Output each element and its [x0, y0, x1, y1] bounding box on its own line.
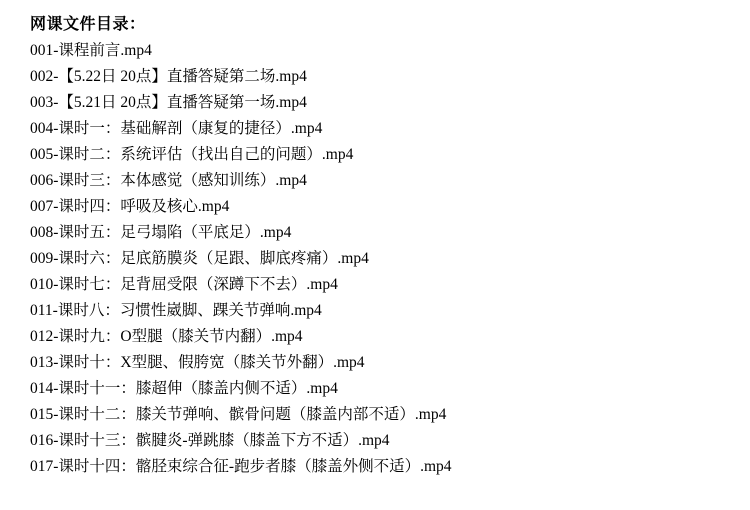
file-item: 005-课时二：系统评估（找出自己的问题）.mp4 [30, 142, 730, 168]
file-item: 016-课时十三：髌腱炎-弹跳膝（膝盖下方不适）.mp4 [30, 428, 730, 454]
file-item: 012-课时九：O型腿（膝关节内翻）.mp4 [30, 324, 730, 350]
file-item: 001-课程前言.mp4 [30, 38, 730, 64]
file-item: 002-【5.22日 20点】直播答疑第二场.mp4 [30, 64, 730, 90]
file-item: 009-课时六：足底筋膜炎（足跟、脚底疼痛）.mp4 [30, 246, 730, 272]
file-item: 006-课时三：本体感觉（感知训练）.mp4 [30, 168, 730, 194]
document-page: 网课文件目录： 001-课程前言.mp4002-【5.22日 20点】直播答疑第… [0, 0, 750, 510]
file-item: 014-课时十一：膝超伸（膝盖内侧不适）.mp4 [30, 376, 730, 402]
file-item: 010-课时七：足背屈受限（深蹲下不去）.mp4 [30, 272, 730, 298]
file-item: 008-课时五：足弓塌陷（平底足）.mp4 [30, 220, 730, 246]
file-list: 001-课程前言.mp4002-【5.22日 20点】直播答疑第二场.mp400… [30, 38, 730, 480]
file-item: 011-课时八：习惯性崴脚、踝关节弹响.mp4 [30, 298, 730, 324]
page-title: 网课文件目录： [30, 12, 730, 38]
file-item: 015-课时十二：膝关节弹响、髌骨问题（膝盖内部不适）.mp4 [30, 402, 730, 428]
file-item: 013-课时十：X型腿、假胯宽（膝关节外翻）.mp4 [30, 350, 730, 376]
file-item: 004-课时一：基础解剖（康复的捷径）.mp4 [30, 116, 730, 142]
file-item: 003-【5.21日 20点】直播答疑第一场.mp4 [30, 90, 730, 116]
file-item: 007-课时四：呼吸及核心.mp4 [30, 194, 730, 220]
file-item: 017-课时十四：髂胫束综合征-跑步者膝（膝盖外侧不适）.mp4 [30, 454, 730, 480]
